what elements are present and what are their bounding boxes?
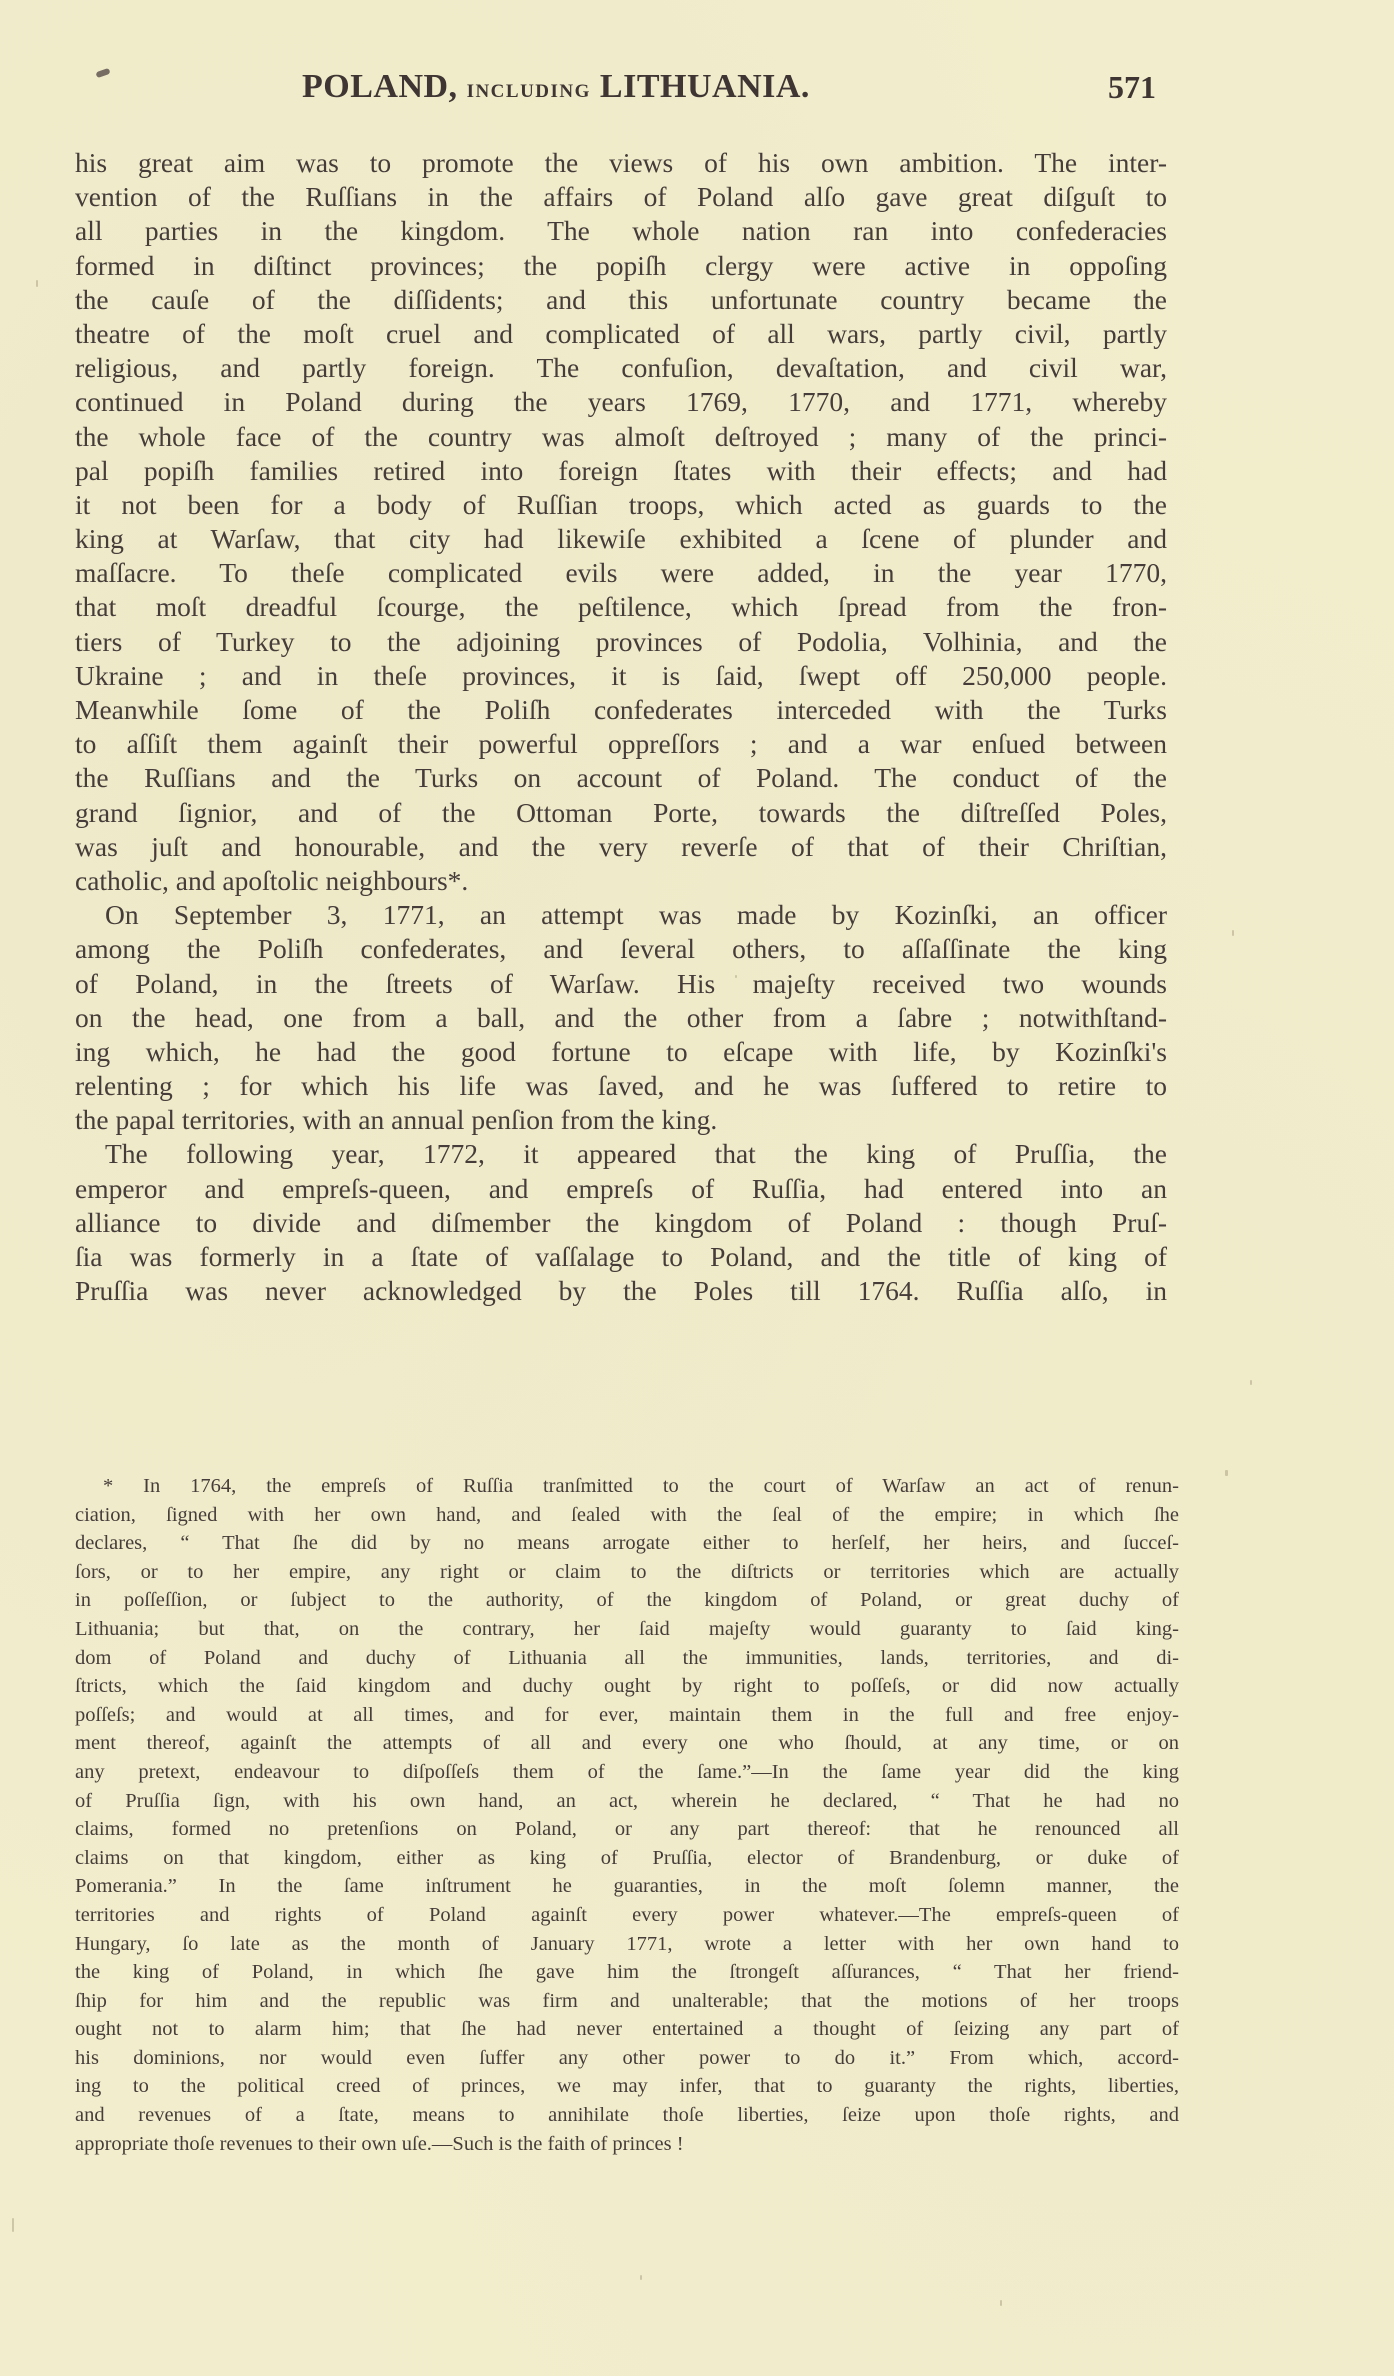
footnote-line: in poſſeſſion, or ſubject to the authori…: [75, 1586, 1179, 1615]
footnote: * In 1764, the empreſs of Ruſſia tranſmi…: [75, 1472, 1179, 2158]
body-line: his great aim was to promote the views o…: [75, 146, 1167, 180]
body-line: that moſt dreadful ſcourge, the peſtilen…: [75, 590, 1167, 624]
paper-speck: [1250, 1380, 1252, 1385]
body-line: Ukraine ; and in theſe provinces, it is …: [75, 659, 1167, 693]
footnote-line: claims on that kingdom, either as king o…: [75, 1844, 1179, 1873]
body-line: Pruſſia was never acknowledged by the Po…: [75, 1274, 1167, 1308]
body-line-paragraph-start: The following year, 1772, it appeared th…: [75, 1137, 1167, 1171]
body-line: the whole face of the country was almoſt…: [75, 420, 1167, 454]
body-line: alliance to divide and diſmember the kin…: [75, 1206, 1167, 1240]
footnote-line: Lithuania; but that, on the contrary, he…: [75, 1615, 1179, 1644]
body-line: was juſt and honourable, and the very re…: [75, 830, 1167, 864]
footnote-line: the king of Poland, in which ſhe gave hi…: [75, 1958, 1179, 1987]
footnote-line: Hungary, ſo late as the month of January…: [75, 1930, 1179, 1959]
body-line: Meanwhile ſome of the Poliſh confederate…: [75, 693, 1167, 727]
body-line: relenting ; for which his life was ſaved…: [75, 1069, 1167, 1103]
body-line-paragraph-end: catholic, and apoſtolic neighbours*.: [75, 864, 1167, 898]
body-line: ſia was formerly in a ſtate of vaſſalage…: [75, 1240, 1167, 1274]
body-line: all parties in the kingdom. The whole na…: [75, 214, 1167, 248]
running-title: POLAND, INCLUDING LITHUANIA.: [302, 62, 810, 117]
footnote-line: ciation, ſigned with her own hand, and ſ…: [75, 1501, 1179, 1530]
footnote-line-first: * In 1764, the empreſs of Ruſſia tranſmi…: [75, 1472, 1179, 1501]
body-line: ing which, he had the good fortune to eſ…: [75, 1035, 1167, 1069]
footnote-line: and revenues of a ſtate, means to annihi…: [75, 2101, 1179, 2130]
running-title-lithuania: LITHUANIA.: [600, 68, 810, 105]
paper-speck: [735, 975, 737, 978]
paper-speck: [12, 2218, 14, 2232]
body-line: tiers of Turkey to the adjoining provinc…: [75, 625, 1167, 659]
footnote-line: ſtricts, which the ſaid kingdom and duch…: [75, 1672, 1179, 1701]
body-line: emperor and empreſs-queen, and empreſs o…: [75, 1172, 1167, 1206]
footnote-line: claims, formed no pretenſions on Poland,…: [75, 1815, 1179, 1844]
body-line: to aſſiſt them againſt their powerful op…: [75, 727, 1167, 761]
footnote-line-last: appropriate thoſe revenues to their own …: [75, 2130, 1179, 2159]
paper-speck: [36, 280, 38, 287]
body-line: vention of the Ruſſians in the affairs o…: [75, 180, 1167, 214]
running-title-poland: POLAND,: [302, 68, 458, 105]
footnote-line: ment thereof, againſt the attempts of al…: [75, 1729, 1179, 1758]
body-line: among the Poliſh confederates, and ſever…: [75, 932, 1167, 966]
paper-speck: [640, 2275, 642, 2280]
body-line-paragraph-end: the papal territories, with an annual pe…: [75, 1103, 1167, 1137]
footnote-line: ing to the political creed of princes, w…: [75, 2072, 1179, 2101]
body-line: theatre of the moſt cruel and complicate…: [75, 317, 1167, 351]
running-title-including: INCLUDING: [467, 81, 591, 102]
footnote-line: any pretext, endeavour to diſpoſſeſs the…: [75, 1758, 1179, 1787]
paper-speck: [1232, 930, 1234, 936]
footnote-line: ſhip for him and the republic was firm a…: [75, 1987, 1179, 2016]
footnote-line: declares, “ That ſhe did by no means arr…: [75, 1529, 1179, 1558]
body-line: king at Warſaw, that city had likewiſe e…: [75, 522, 1167, 556]
paper-speck: [1000, 2300, 1002, 2306]
body-line-paragraph-start: On September 3, 1771, an attempt was mad…: [75, 898, 1167, 932]
footnote-line: dom of Poland and duchy of Lithuania all…: [75, 1644, 1179, 1673]
body-line: of Poland, in the ſtreets of Warſaw. His…: [75, 967, 1167, 1001]
body-line: continued in Poland during the years 176…: [75, 385, 1167, 419]
body-line: the cauſe of the diſſidents; and this un…: [75, 283, 1167, 317]
body-line: maſſacre. To theſe complicated evils wer…: [75, 556, 1167, 590]
footnote-line: territories and rights of Poland againſt…: [75, 1901, 1179, 1930]
body-line: on the head, one from a ball, and the ot…: [75, 1001, 1167, 1035]
footnote-line: poſſeſs; and would at all times, and for…: [75, 1701, 1179, 1730]
body-line: pal popiſh families retired into foreign…: [75, 454, 1167, 488]
body-line: it not been for a body of Ruſſian troops…: [75, 488, 1167, 522]
body-line: religious, and partly foreign. The confu…: [75, 351, 1167, 385]
book-page: POLAND, INCLUDING LITHUANIA. 571 his gre…: [0, 0, 1394, 2376]
footnote-line: Pomerania.” In the ſame inſtrument he gu…: [75, 1872, 1179, 1901]
footnote-line: of Pruſſia ſign, with his own hand, an a…: [75, 1787, 1179, 1816]
body-text: his great aim was to promote the views o…: [75, 146, 1167, 1308]
body-line: formed in diſtinct provinces; the popiſh…: [75, 249, 1167, 283]
footnote-line: his dominions, nor would even ſuffer any…: [75, 2044, 1179, 2073]
running-head: POLAND, INCLUDING LITHUANIA. 571: [0, 62, 1394, 112]
paper-speck: [1225, 1470, 1228, 1476]
footnote-line: ſors, or to her empire, any right or cla…: [75, 1558, 1179, 1587]
body-line: the Ruſſians and the Turks on account of…: [75, 761, 1167, 795]
footnote-line: ought not to alarm him; that ſhe had nev…: [75, 2015, 1179, 2044]
page-number: 571: [1108, 62, 1156, 112]
body-line: grand ſignior, and of the Ottoman Porte,…: [75, 796, 1167, 830]
